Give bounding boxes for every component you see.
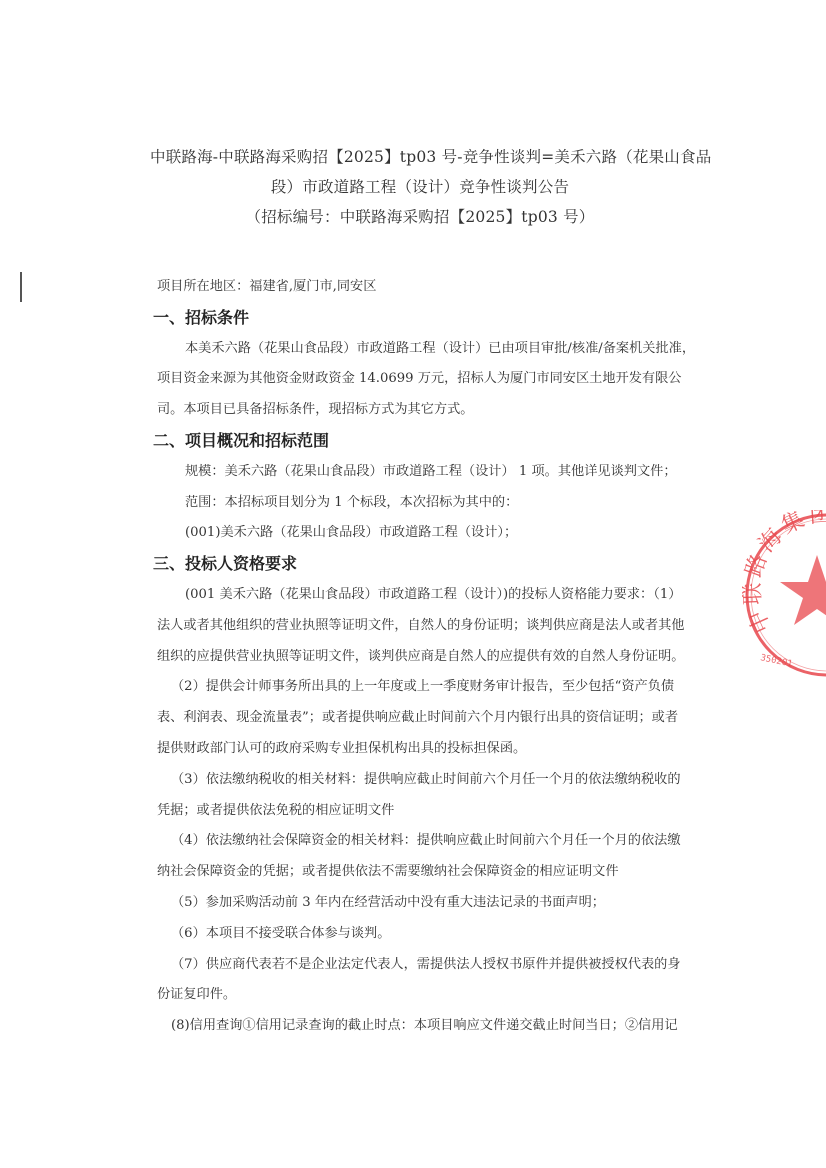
star-icon [780, 555, 826, 625]
paragraph-line: 提供财政部门认可的政府采购专业担保机构出具的投标担保函。 [157, 734, 687, 765]
paragraph-line: 份证复印件。 [157, 980, 687, 1011]
paragraph-line: 组织的应提供营业执照等证明文件，谈判供应商是自然人的应提供有效的自然人身份证明。 [157, 642, 687, 673]
section-heading-2: 二、项目概况和招标范围 [153, 426, 687, 457]
paragraph-line: 司。本项目已具备招标条件，现招标方式为其它方式。 [157, 395, 687, 426]
paragraph-line: （2）提供会计师事务所出具的上一年度或上一季度财务审计报告，至少包括“资产负债 [157, 672, 687, 703]
section-heading-3: 三、投标人资格要求 [153, 549, 687, 580]
section-heading-1: 一、招标条件 [153, 303, 687, 334]
paragraph-line: 范围：本招标项目划分为 1 个标段，本次招标为其中的： [157, 488, 687, 519]
company-seal-stamp: 中联路海集团 350201 [742, 510, 826, 680]
title-line-3: （招标编号：中联路海采购招【2025】tp03 号） [150, 202, 690, 232]
paragraph-line: (001 美禾六路（花果山食品段）市政道路工程（设计）)的投标人资格能力要求：（… [157, 580, 687, 611]
title-line-1: 中联路海-中联路海采购招【2025】tp03 号-竞争性谈判=美禾六路（花果山食… [150, 142, 690, 172]
paragraph-line: 规模：美禾六路（花果山食品段）市政道路工程（设计） 1 项。其他详见谈判文件； [157, 457, 687, 488]
paragraph-line: （6）本项目不接受联合体参与谈判。 [157, 919, 687, 950]
paragraph-line: 本美禾六路（花果山食品段）市政道路工程（设计）已由项目审批/核准/备案机关批准， [157, 334, 687, 365]
title-line-2: 段）市政道路工程（设计）竞争性谈判公告 [150, 172, 690, 202]
scan-artifact-line [20, 272, 22, 302]
paragraph-line: (001)美禾六路（花果山食品段）市政道路工程（设计）； [157, 518, 687, 549]
seal-code: 350201 [759, 653, 793, 670]
paragraph-line: (8)信用查询①信用记录查询的截止时点：本项目响应文件递交截止时间当日；②信用记 [157, 1011, 687, 1042]
region-line: 项目所在地区：福建省,厦门市,同安区 [157, 272, 687, 303]
document-title: 中联路海-中联路海采购招【2025】tp03 号-竞争性谈判=美禾六路（花果山食… [150, 142, 690, 232]
paragraph-line: （5）参加采购活动前 3 年内在经营活动中没有重大违法记录的书面声明； [157, 888, 687, 919]
paragraph-line: 法人或者其他组织的营业执照等证明文件，自然人的身份证明；谈判供应商是法人或者其他 [157, 611, 687, 642]
paragraph-line: 纳社会保障资金的凭据；或者提供依法不需要缴纳社会保障资金的相应证明文件 [157, 857, 687, 888]
document-body: 项目所在地区：福建省,厦门市,同安区 一、招标条件 本美禾六路（花果山食品段）市… [157, 272, 687, 1042]
paragraph-line: 凭据；或者提供依法免税的相应证明文件 [157, 796, 687, 827]
document-page: 中联路海-中联路海采购招【2025】tp03 号-竞争性谈判=美禾六路（花果山食… [0, 0, 826, 1168]
paragraph-line: 表、利润表、现金流量表”；或者提供响应截止时间前六个月内银行出具的资信证明；或者 [157, 703, 687, 734]
paragraph-line: （4）依法缴纳社会保障资金的相关材料：提供响应截止时间前六个月任一个月的依法缴 [157, 826, 687, 857]
paragraph-line: 项目资金来源为其他资金财政资金 14.0699 万元，招标人为厦门市同安区土地开… [157, 364, 687, 395]
paragraph-line: （7）供应商代表若不是企业法定代表人，需提供法人授权书原件并提供被授权代表的身 [157, 950, 687, 981]
paragraph-line: （3）依法缴纳税收的相关材料：提供响应截止时间前六个月任一个月的依法缴纳税收的 [157, 765, 687, 796]
